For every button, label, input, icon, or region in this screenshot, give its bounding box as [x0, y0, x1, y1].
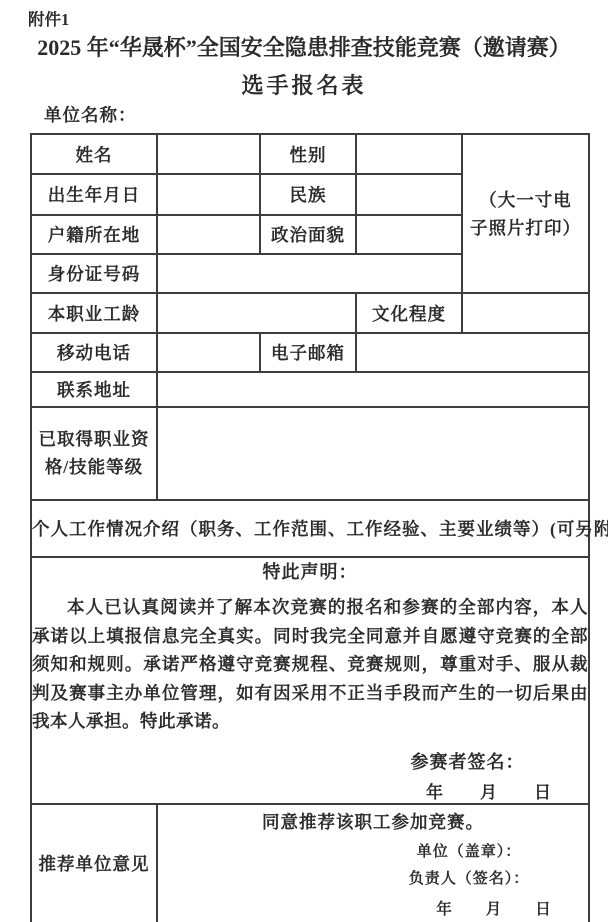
table-row: 移动电话 电子邮箱: [31, 333, 589, 372]
field-label-gender: 性别: [260, 134, 356, 174]
recommendation-label: 推荐单位意见: [31, 804, 157, 922]
table-row: 个人工作情况介绍（职务、工作范围、工作经验、主要业绩等）(可另附页): [31, 500, 589, 557]
table-row: 本职业工龄 文化程度: [31, 293, 589, 333]
field-label-education: 文化程度: [356, 293, 462, 333]
field-value-id-number: [157, 254, 462, 293]
field-value-ethnicity: [356, 174, 462, 215]
table-row: 推荐单位意见 同意推荐该职工参加竞赛。 单位（盖章）： 负责人（签名）： 年 月…: [31, 804, 589, 922]
photo-placeholder: （大一寸电 子照片打印）: [462, 134, 589, 293]
responsible-signature-label: 负责人（签名）：: [350, 866, 588, 893]
field-label-political-status: 政治面貌: [260, 215, 356, 254]
recommendation-date-line: 年 月 日: [400, 897, 588, 919]
photo-note-line1: （大一寸电: [463, 186, 588, 214]
field-label-email: 电子邮箱: [260, 333, 356, 372]
field-label-qualification: 已取得职业资格/技能等级: [31, 407, 157, 500]
table-row: 联系地址: [31, 372, 589, 407]
attachment-label: 附件1: [28, 6, 69, 30]
photo-note-line2: 子照片打印）: [463, 214, 588, 242]
field-value-mobile: [157, 333, 260, 372]
field-label-name: 姓名: [31, 134, 157, 174]
field-label-mobile: 移动电话: [31, 333, 157, 372]
field-value-work-years: [157, 293, 356, 333]
field-label-address: 联系地址: [31, 372, 157, 407]
recommendation-cell: 同意推荐该职工参加竞赛。 单位（盖章）： 负责人（签名）： 年 月 日: [157, 804, 589, 922]
declaration-body: 本人已认真阅读并了解本次竞赛的报名和参赛的全部内容，本人承诺以上填报信息完全真实…: [32, 593, 588, 736]
declaration-cell: 特此声明： 本人已认真阅读并了解本次竞赛的报名和参赛的全部内容，本人承诺以上填报…: [31, 557, 589, 804]
field-label-id-number: 身份证号码: [31, 254, 157, 293]
form-title: 2025 年“华晟杯”全国安全隐患排查技能竞赛（邀请赛）: [0, 31, 608, 62]
field-label-work-years: 本职业工龄: [31, 293, 157, 333]
registration-table: 姓名 性别 （大一寸电 子照片打印） 出生年月日 民族 户籍所在地 政治面貌 身…: [30, 133, 590, 922]
field-value-qualification: [157, 407, 589, 500]
field-value-household: [157, 215, 260, 254]
field-value-name: [157, 134, 260, 174]
unit-name-label: 单位名称：: [44, 102, 137, 127]
work-intro-label: 个人工作情况介绍（职务、工作范围、工作经验、主要业绩等）(可另附页): [31, 500, 589, 557]
table-row: 姓名 性别 （大一寸电 子照片打印）: [31, 134, 589, 174]
field-label-birth-date: 出生年月日: [31, 174, 157, 215]
form-subtitle: 选手报名表: [0, 69, 608, 100]
field-value-email: [356, 333, 589, 372]
recommendation-seal-block: 单位（盖章）： 负责人（签名）：: [350, 839, 588, 893]
table-row: 特此声明： 本人已认真阅读并了解本次竞赛的报名和参赛的全部内容，本人承诺以上填报…: [31, 557, 589, 804]
field-value-political-status: [356, 215, 462, 254]
declaration-heading: 特此声明：: [32, 558, 588, 584]
field-value-birth-date: [157, 174, 260, 215]
field-value-address: [157, 372, 589, 407]
unit-seal-label: 单位（盖章）：: [350, 839, 588, 866]
declaration-date-line: 年 月 日: [390, 778, 588, 803]
field-value-gender: [356, 134, 462, 174]
field-label-ethnicity: 民族: [260, 174, 356, 215]
field-value-education: [462, 293, 589, 333]
table-row: 已取得职业资格/技能等级: [31, 407, 589, 500]
recommendation-agree-text: 同意推荐该职工参加竞赛。: [158, 809, 588, 834]
participant-signature-label: 参赛者签名：: [347, 748, 588, 774]
field-label-household: 户籍所在地: [31, 215, 157, 254]
